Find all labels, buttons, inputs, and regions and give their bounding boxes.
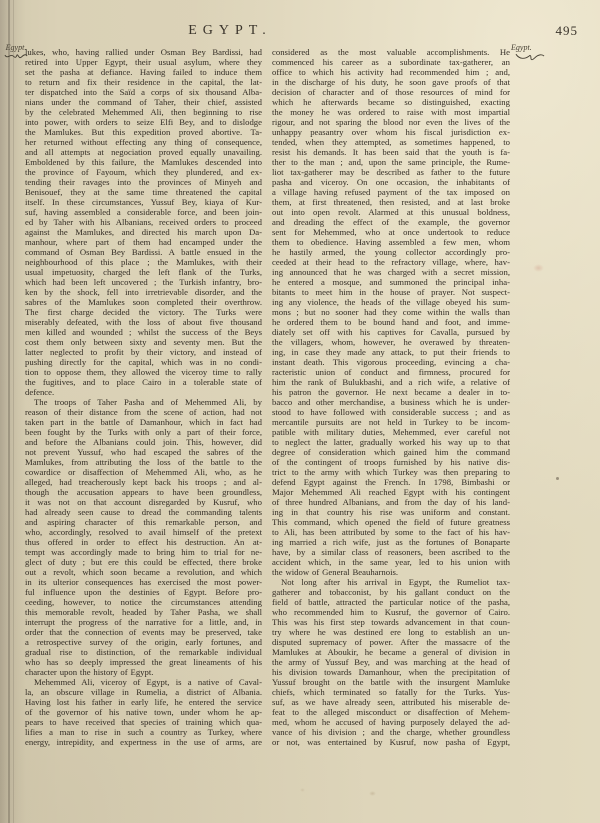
text-line: racteristic union of conduct and firmnes… (272, 367, 510, 377)
text-line: latter neglected to profit by their vict… (25, 347, 262, 357)
text-line: defence. (25, 387, 262, 397)
text-line: suf, having assembled a considerable for… (25, 207, 262, 217)
stain-spot (300, 788, 305, 792)
text-line: nians under the command of Taher, their … (25, 97, 262, 107)
text-line: which had been left uncovered ; the Turk… (25, 277, 262, 287)
text-line: miserably defeated, with the loss of abo… (25, 317, 262, 327)
text-line: alleged, had treacherously kept back his… (25, 477, 262, 487)
text-line: resist his demands. It has been said tha… (272, 147, 510, 157)
text-line: tended, when they attempted, as sometime… (272, 137, 510, 147)
text-line: men killed and wounded ; whilst the succ… (25, 327, 262, 337)
text-line: office to which his activity had recomme… (272, 67, 510, 77)
text-line: This command, which opened the field of … (272, 517, 510, 527)
text-line: interrupt the progress of the narrative … (25, 617, 262, 627)
text-line: manhour, where part of them had encamped… (25, 237, 262, 247)
text-line: the province of Fayoum, which they plund… (25, 167, 262, 177)
text-line: who, accordingly, resolved to avail hims… (25, 527, 262, 537)
text-line: disputed supremacy of power. After the m… (272, 637, 510, 647)
margin-note-left-label: Egypt. (6, 43, 27, 52)
text-line: ed by Taher with his Albanians, received… (25, 217, 262, 227)
text-line: it was not on that account disregarded b… (25, 497, 262, 507)
text-line: the Mamlukes. But this expedition proved… (25, 127, 262, 137)
text-column-right: considered as the most valuable accompli… (272, 47, 510, 747)
text-line: pasha and viceroy. On one occasion, the … (272, 177, 510, 187)
text-line: been fought by the Turks with only a par… (25, 427, 262, 437)
text-line: rigour, and not sparing the blood nor ev… (272, 117, 510, 127)
text-line: lukes, who, having rallied under Osman B… (25, 47, 262, 57)
text-line: unhappy peasantry over whom his fiscal j… (272, 127, 510, 137)
text-line: who has so deeply impressed the great li… (25, 657, 262, 667)
text-line: suf, as we have already seen, attributed… (272, 697, 510, 707)
binding-crease-line (8, 0, 10, 823)
flourish-ornament-icon (515, 52, 545, 62)
text-line: who recommended him to Kusruf, the gover… (272, 607, 510, 617)
text-line: ing announced that he was charged with a… (272, 267, 510, 277)
text-line: field of battle, attracted the particula… (272, 597, 510, 607)
text-line: and all attempts at negociation proved e… (25, 147, 262, 157)
stain-spot (533, 264, 544, 272)
text-line: accident which, in the same year, led to… (272, 557, 510, 567)
text-line: tending their ravages into the provinces… (25, 177, 262, 187)
text-line: thus offered in order to effect his dest… (25, 537, 262, 547)
text-line: sent for Mehemmed, who at once undertook… (272, 227, 510, 237)
text-line: him the rank of Bulukbashi, and a rich w… (272, 377, 510, 387)
text-line: stood to have followed with considerable… (272, 407, 510, 417)
text-line: and aspiring character of this remarkabl… (25, 517, 262, 527)
text-line: gradual rise to distinction, of the rema… (25, 647, 262, 657)
text-line: Yussuf brought on the battle with the in… (272, 677, 510, 687)
text-line: The troops of Taher Pasha and of Mehemme… (25, 397, 262, 407)
text-line: cost them only between sixty and seventy… (25, 337, 262, 347)
text-line: chiefs, which terminated so fatally for … (272, 687, 510, 697)
text-line: he hastily armed, the young collector ac… (272, 247, 510, 257)
text-line: instant death. This vigorous proceeding,… (272, 357, 510, 367)
text-line: reason of their distance from the scene … (25, 407, 262, 417)
text-line: them to obedience. Having assembled a fe… (272, 237, 510, 247)
text-line: to return and fix their residence in the… (25, 77, 262, 87)
text-line: character upon the history of Egypt. (25, 667, 262, 677)
text-line: against the Mamlukes, and directed his m… (25, 227, 262, 237)
text-line: patible with military duties, Mehemmed, … (272, 427, 510, 437)
text-line: the widow of General Beauharnois. (272, 567, 510, 577)
text-line: of the contingent of troops furnished by… (272, 457, 510, 467)
text-line: neighbourhood of this place ; the Mamluk… (25, 257, 262, 267)
text-line: decision of character and of those resou… (272, 87, 510, 97)
text-line: ing married a rich wife, just as the for… (272, 537, 510, 547)
text-line: not prevent Yussuf, who had escaped the … (25, 447, 262, 457)
text-line: ceeded at their head to the refractory v… (272, 257, 510, 267)
text-line: sabres of the Mamlukes soon completed th… (25, 297, 262, 307)
text-line: his division towards Damanhour, when the… (272, 667, 510, 677)
text-line: and dreading the effect of the example, … (272, 217, 510, 227)
text-line: out into open revolt. Alarmed at this un… (272, 207, 510, 217)
text-line: ken by the shock, fell into irretrievabl… (25, 287, 262, 297)
text-line: or not, was entertained by Kusruf, now p… (272, 737, 510, 747)
text-line: in the discharge of his duty, he soon ga… (272, 77, 510, 87)
text-line: tempt was accordingly made to bring him … (25, 547, 262, 557)
text-line: in its ulterior consequences has exercis… (25, 577, 262, 587)
text-line: order that the connection of events may … (25, 627, 262, 637)
text-line: taken part in the battle of Damanhour, w… (25, 417, 262, 427)
text-line: glect of duty ; but ere this could be ef… (25, 557, 262, 567)
text-line: though the accusation appears to have be… (25, 487, 262, 497)
text-line: his patron the governor. He next became … (272, 387, 510, 397)
page-header-title: EGYPT. (0, 23, 460, 39)
text-line: bacco and other merchandise, a business … (272, 397, 510, 407)
text-line: mercantile pursuits are not held in Turk… (272, 417, 510, 427)
text-line: he ordered them to be bound hand and foo… (272, 317, 510, 327)
text-line: pears to have received that species of t… (25, 717, 262, 727)
text-line: had already seen cause to dread the comm… (25, 507, 262, 517)
text-line: cowardice or disaffection of Mehemmed Al… (25, 467, 262, 477)
text-line: the fugitives, and to place Cairo in a t… (25, 377, 262, 387)
text-line: set the pasha at defiance. Having failed… (25, 67, 262, 77)
margin-note-right-label: Egypt. (511, 43, 532, 52)
text-line: commenced his career as a subordinate ta… (272, 57, 510, 67)
text-line: of the governor of his native town, unde… (25, 707, 262, 717)
text-line: This was his first step towards advancem… (272, 617, 510, 627)
text-line: med, whom he accused of having purposely… (272, 717, 510, 727)
text-line: ing, in case they made any attack, to pu… (272, 347, 510, 357)
text-column-left: lukes, who, having rallied under Osman B… (25, 47, 262, 747)
text-line: degree of consideration which gained him… (272, 447, 510, 457)
text-line: the money he was ordered to raise with m… (272, 107, 510, 117)
stain-spot (556, 477, 559, 480)
text-line: Mamlukes, from attributing the loss of t… (25, 457, 262, 467)
text-line: he entered a mosque, and summoned the pr… (272, 277, 510, 287)
text-line: bitants to meet him in the house of pray… (272, 287, 510, 297)
text-line: out a revolt, which soon became a revolu… (25, 567, 262, 577)
margin-note-right: Egypt. (511, 43, 553, 62)
text-line: the villagers, whom, however, he overawe… (272, 337, 510, 347)
text-line: Mehemmed Ali, viceroy of Egypt, is a nat… (25, 677, 262, 687)
text-line: usual impetuosity, charged the left flan… (25, 267, 262, 277)
text-line: to Ali, has been attributed by some to t… (272, 527, 510, 537)
text-line: this memorable revolt, headed by Taher P… (25, 607, 262, 617)
text-line: to neglect the latter, gradually worked … (272, 437, 510, 447)
text-line: a village having refused payment of the … (272, 187, 510, 197)
binding-crease-line (13, 0, 14, 823)
text-line: Not long after his arrival in Egypt, the… (272, 577, 510, 587)
text-line: of three hundred Albanians, and from the… (272, 497, 510, 507)
text-line: Mamlukes at Aboukir, he became a general… (272, 647, 510, 657)
text-line: defend Egypt against the French. In 1798… (272, 477, 510, 487)
text-line: feat to the alleged misconduct or disaff… (272, 707, 510, 717)
page-number: 495 (556, 23, 579, 39)
text-line: ing in that country his rise was uniform… (272, 507, 510, 517)
text-line: energy, intrepidity, and expertness in t… (25, 737, 262, 747)
text-line: Having lost his father in early life, he… (25, 697, 262, 707)
text-line: gatherer and tobacconist, by his gallant… (272, 587, 510, 597)
text-line: by the celebrated Mehemmed Ali, then beg… (25, 107, 262, 117)
stain-spot (369, 791, 376, 796)
book-page: EGYPT. 495 Egypt. Egypt. lukes, who, hav… (0, 0, 600, 823)
text-line: the army of Yussuf Bey, and was marching… (272, 657, 510, 667)
text-line: have, by a similar class of reasoners, b… (272, 547, 510, 557)
text-line: ful influence upon the destinies of Egyp… (25, 587, 262, 597)
text-line: her returned without effecting any thing… (25, 137, 262, 147)
text-line: Emboldened by this failure, the Mamlukes… (25, 157, 262, 167)
text-line: them, at first threatened, then resisted… (272, 197, 510, 207)
text-line: into power, with orders to seize Elfi Be… (25, 117, 262, 127)
text-line: itself. In these circumstances, Yussuf B… (25, 197, 262, 207)
text-line: Benisouef, they at the same time threate… (25, 187, 262, 197)
text-line: considered as the most valuable accompli… (272, 47, 510, 57)
text-line: pushing directly for the capital, which … (25, 357, 262, 367)
text-line: vance of his division ; and the charge, … (272, 727, 510, 737)
text-line: which he afterwards became so distinguis… (272, 97, 510, 107)
text-line: try where he was destined ere long to es… (272, 627, 510, 637)
text-line: Major Mehemmed Ali reached Egypt with hi… (272, 487, 510, 497)
text-line: ther to the man ; and, upon the same pri… (272, 157, 510, 167)
text-line: ing any violence, the heads of the villa… (272, 297, 510, 307)
text-line: ter dispatched into the Saïd a corps of … (25, 87, 262, 97)
text-line: tion to oppose them, they allowed the vi… (25, 367, 262, 377)
text-line: retired into Upper Egypt, their usual as… (25, 57, 262, 67)
text-line: The first charge decided the victory. Th… (25, 307, 262, 317)
text-line: trict to the army with which Turkey was … (272, 467, 510, 477)
text-line: la, an obscure village in Rumelia, a dis… (25, 687, 262, 697)
text-line: lifies a man to rise in such a country a… (25, 727, 262, 737)
text-line: diately set off with his captives for Ca… (272, 327, 510, 337)
text-line: mons ; but no sooner had they come withi… (272, 307, 510, 317)
text-line: ceeding, however, to notice the circumst… (25, 597, 262, 607)
text-line: a retrospective survey of the origin, ea… (25, 637, 262, 647)
text-line: and before the Albanians could join. Thi… (25, 437, 262, 447)
text-line: command of Osman Bey Bardissi. A battle … (25, 247, 262, 257)
text-line: liot tax-gatherer may be described as fa… (272, 167, 510, 177)
